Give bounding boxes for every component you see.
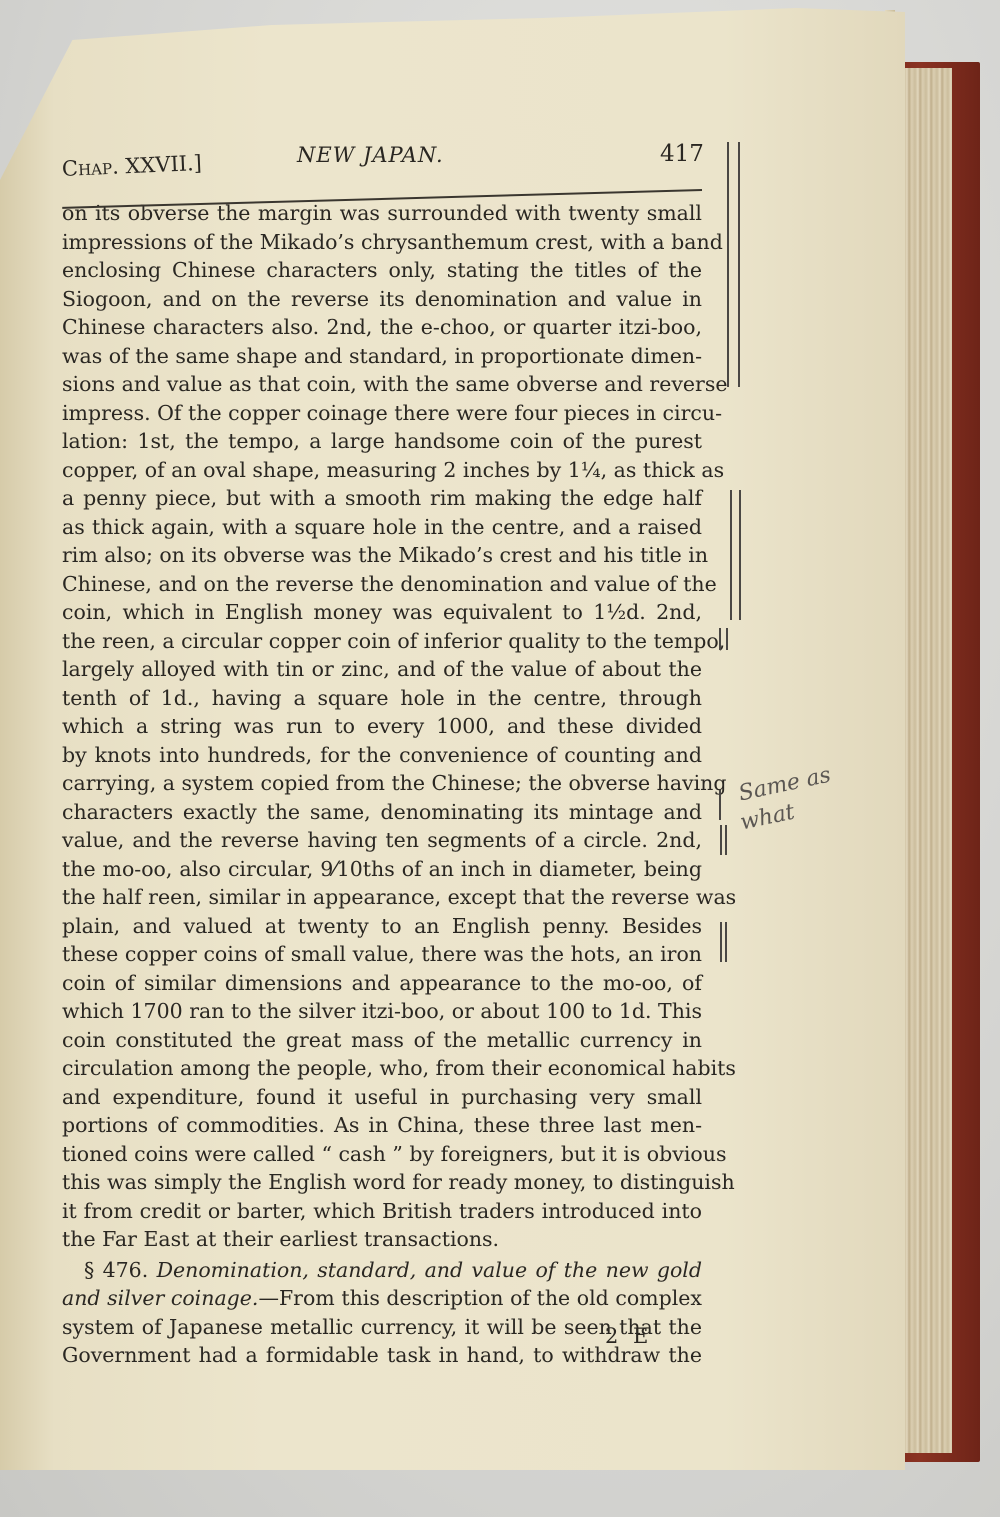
text-line: copper, of an oval shape, measuring 2 in…	[62, 456, 702, 485]
text-line: value, and the reverse having ten segmen…	[62, 826, 702, 855]
text-line: portions of commodities. As in China, th…	[62, 1111, 702, 1140]
section-heading-line-2: and silver coinage.—From this descriptio…	[62, 1284, 702, 1313]
running-title: NEW JAPAN.	[297, 143, 444, 167]
text-line: rim also; on its obverse was the Mikado’…	[62, 541, 702, 570]
pencil-margin-mark	[719, 790, 724, 820]
text-line: lation: 1st, the tempo, a large handsome…	[62, 427, 702, 456]
text-line: plain, and valued at twenty to an Englis…	[62, 912, 702, 941]
text-line: this was simply the English word for rea…	[62, 1168, 702, 1197]
text-line: impress. Of the copper coinage there wer…	[62, 399, 702, 428]
text-line: characters exactly the same, denominatin…	[62, 798, 702, 827]
page-number: 417	[660, 141, 704, 167]
text-line: tenth of 1d., having a square hole in th…	[62, 684, 702, 713]
pencil-margin-mark	[727, 142, 740, 387]
text-line: which 1700 ran to the silver itzi-boo, o…	[62, 997, 702, 1026]
pencil-margin-mark	[719, 628, 728, 650]
text-line: these copper coins of small value, there…	[62, 940, 702, 969]
text-line: as thick again, with a square hole in th…	[62, 513, 702, 542]
text-line: Chinese, and on the reverse the denomina…	[62, 570, 702, 599]
text-line: the mo-oo, also circular, 9⁄10ths of an …	[62, 855, 702, 884]
text-line: coin constituted the great mass of the m…	[62, 1026, 702, 1055]
pencil-margin-mark	[730, 490, 741, 620]
text-line: was of the same shape and standard, in p…	[62, 342, 702, 371]
body-paragraph: on its obverse the margin was surrounded…	[62, 199, 702, 1254]
text-line: it from credit or barter, which British …	[62, 1197, 702, 1226]
section-text: —From this description of the old comple…	[258, 1286, 702, 1310]
text-line: carrying, a system copied from the Chine…	[62, 769, 702, 798]
text-line: circulation among the people, who, from …	[62, 1054, 702, 1083]
signature-mark: 2 E	[605, 1324, 652, 1348]
text-line: enclosing Chinese characters only, stati…	[62, 256, 702, 285]
text-line: which a string was run to every 1000, an…	[62, 712, 702, 741]
pencil-margin-mark	[720, 922, 727, 962]
section-number: § 476.	[84, 1258, 148, 1282]
text-line: coin, which in English money was equival…	[62, 598, 702, 627]
text-line: impressions of the Mikado’s chrysanthemu…	[62, 228, 702, 257]
text-line: tioned coins were called “ cash ” by for…	[62, 1140, 702, 1169]
page-text-block: Chap. XXVII.] NEW JAPAN. 417 on its obve…	[62, 135, 722, 1370]
running-head: Chap. XXVII.] NEW JAPAN. 417	[62, 135, 722, 175]
text-line: the reen, a circular copper coin of infe…	[62, 627, 702, 656]
section-heading: Denomination, standard, and value of the…	[157, 1258, 702, 1282]
text-line: Siogoon, and on the reverse its denomina…	[62, 285, 702, 314]
section-heading-cont: and silver coinage.	[62, 1286, 258, 1310]
section-paragraph: § 476. Denomination, standard, and value…	[62, 1256, 702, 1370]
text-line: Chinese characters also. 2nd, the e-choo…	[62, 313, 702, 342]
chapter-label: Chap. XXVII.]	[61, 151, 202, 181]
text-line: largely alloyed with tin or zinc, and of…	[62, 655, 702, 684]
text-line: sions and value as that coin, with the s…	[62, 370, 702, 399]
text-line: by knots into hundreds, for the convenie…	[62, 741, 702, 770]
text-line: and expenditure, found it useful in purc…	[62, 1083, 702, 1112]
pencil-margin-mark	[720, 825, 727, 855]
text-line: coin of similar dimensions and appearanc…	[62, 969, 702, 998]
text-line: the half reen, similar in appearance, ex…	[62, 883, 702, 912]
section-heading-line: § 476. Denomination, standard, and value…	[62, 1256, 702, 1285]
text-line: a penny piece, but with a smooth rim mak…	[62, 484, 702, 513]
text-line: the Far East at their earliest transacti…	[62, 1225, 702, 1254]
